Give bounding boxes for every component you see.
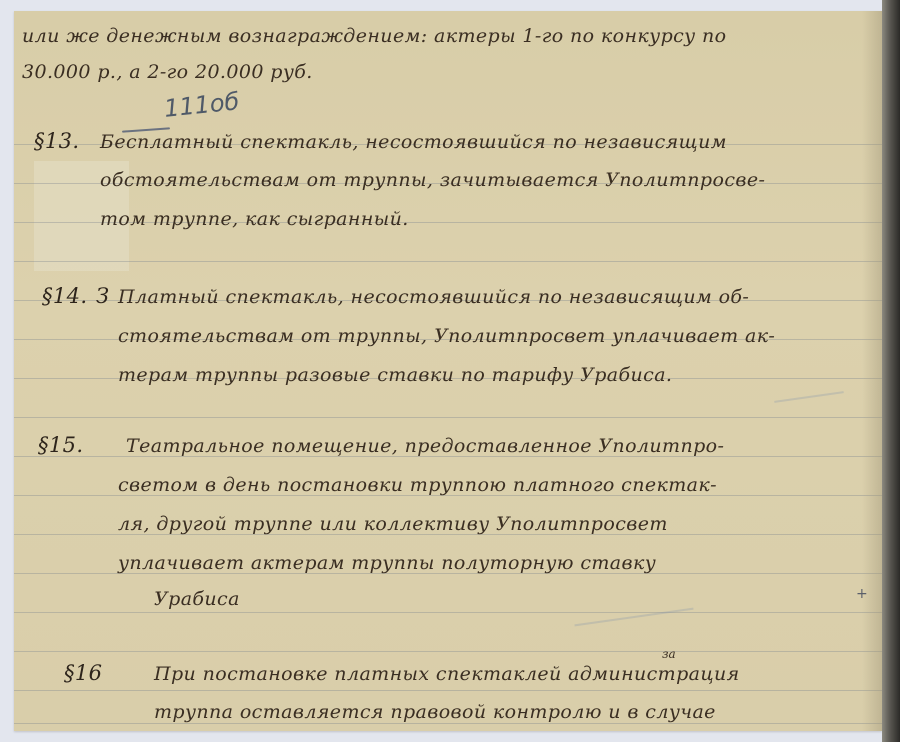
section-14-line-3: терам труппы разовые ставки по тарифу Ур… xyxy=(118,364,672,386)
section-13-number: §13. xyxy=(34,129,80,153)
book-binding-edge xyxy=(882,0,900,742)
ruled-line xyxy=(14,417,882,418)
superscript-insert: за xyxy=(662,647,676,661)
document-scan: или же денежным вознаграждением: актеры … xyxy=(0,0,900,742)
section-15-number: §15. xyxy=(38,433,84,457)
section-15-line-4: уплачивает актерам труппы полуторную ста… xyxy=(118,552,656,574)
section-15-line-5: Урабиса xyxy=(154,588,240,610)
faint-pencil-mark xyxy=(774,391,844,403)
continuation-line-1: или же денежным вознаграждением: актеры … xyxy=(22,25,727,47)
section-16-number: §16 xyxy=(64,661,102,685)
ruled-line xyxy=(14,612,882,613)
section-13-line-1: Бесплатный спектакль, несостоявшийся по … xyxy=(100,131,727,153)
ruled-line xyxy=(14,723,882,724)
faint-pencil-mark xyxy=(574,608,693,627)
section-15-line-1: Театральное помещение, предоставленное У… xyxy=(126,435,724,457)
section-14-line-1: Платный спектакль, несостоявшийся по нез… xyxy=(118,286,749,308)
folio-number: 111об xyxy=(163,87,241,123)
ruled-line xyxy=(14,651,882,652)
section-15-line-2: светом в день постановки труппою платног… xyxy=(118,474,717,496)
page-gutter-shadow xyxy=(862,11,882,731)
ruled-line xyxy=(14,261,882,262)
ruled-line xyxy=(14,690,882,691)
section-16-line-2: труппа оставляется правовой контролю и в… xyxy=(154,701,716,723)
section-15-line-3: ля, другой труппе или коллективу Уполитп… xyxy=(118,513,668,535)
section-13-line-3: том труппе, как сыгранный. xyxy=(100,208,409,230)
section-14-number: §14. xyxy=(42,284,88,308)
section-16-line-1: При постановке платных спектаклей админи… xyxy=(154,663,740,685)
continuation-line-2: 30.000 р., а 2-го 20.000 руб. xyxy=(22,61,313,83)
section-14-correction-mark: З xyxy=(96,284,109,308)
section-14-line-2: стоятельствам от труппы, Уполитпросвет у… xyxy=(118,325,775,347)
manuscript-page: или же денежным вознаграждением: актеры … xyxy=(14,11,882,731)
section-13-line-2: обстоятельствам от труппы, зачитывается … xyxy=(100,169,765,191)
plus-mark: + xyxy=(856,586,868,602)
